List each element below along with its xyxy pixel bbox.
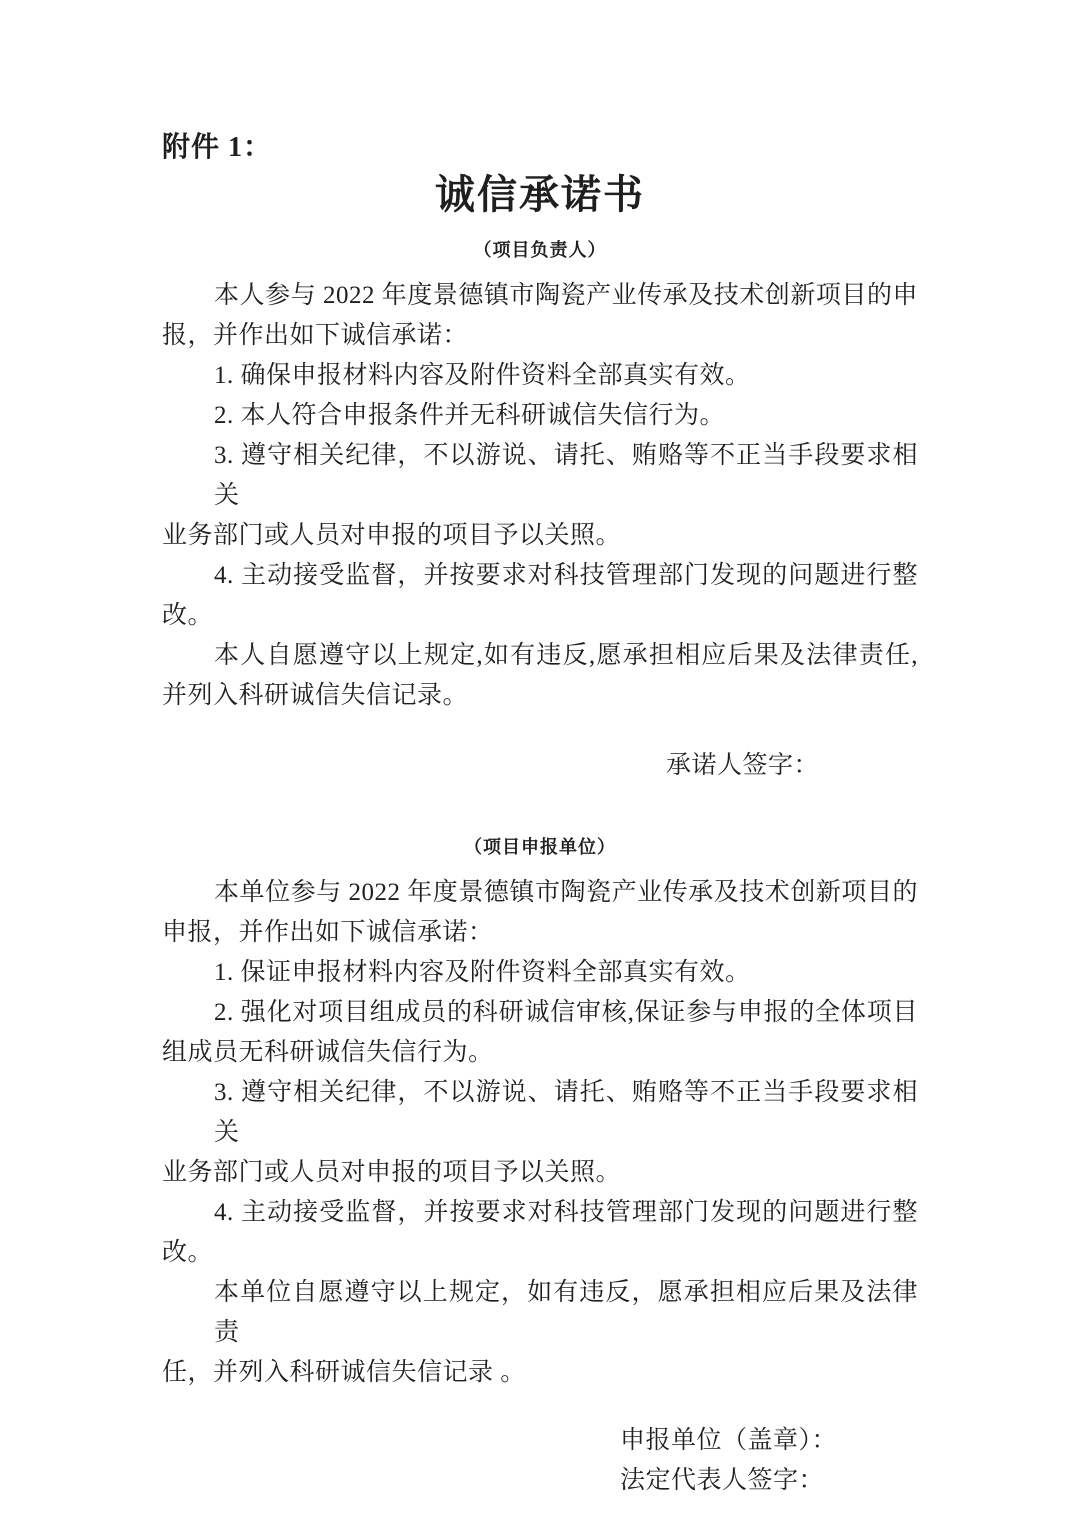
section2-subtitle: （项目申报单位） (162, 835, 918, 859)
document-title: 诚信承诺书 (162, 172, 918, 218)
legal-representative-signature-label: 法定代表人签字： (620, 1461, 918, 1501)
section2-body: 本单位参与 2022 年度景德镇市陶瓷产业传承及技术创新项目的申报，并作出如下诚… (162, 873, 918, 1393)
body-line: 改。 (162, 1233, 918, 1273)
promiser-signature-label: 承诺人签字： (162, 746, 918, 786)
body-line: 并列入科研诚信失信记录。 (162, 676, 918, 716)
body-line: 组成员无科研诚信失信行为。 (162, 1033, 918, 1073)
section1-subtitle: （项目负责人） (162, 238, 918, 262)
body-line: 本单位参与 2022 年度景德镇市陶瓷产业传承及技术创新项目的 (162, 873, 918, 913)
body-line: 4. 主动接受监督，并按要求对科技管理部门发现的问题进行整 (162, 1193, 918, 1233)
body-line: 改。 (162, 596, 918, 636)
document-content: 附件 1： 诚信承诺书 （项目负责人） 本人参与 2022 年度景德镇市陶瓷产业… (0, 0, 1074, 1501)
document-page: 附件 1： 诚信承诺书 （项目负责人） 本人参与 2022 年度景德镇市陶瓷产业… (0, 0, 1074, 1520)
unit-signature-block: 申报单位（盖章）： 法定代表人签字： (162, 1421, 918, 1501)
body-line: 1. 确保申报材料内容及附件资料全部真实有效。 (162, 356, 918, 396)
body-line: 业务部门或人员对申报的项目予以关照。 (162, 1153, 918, 1193)
body-line: 报，并作出如下诚信承诺： (162, 316, 918, 356)
body-line: 本人参与 2022 年度景德镇市陶瓷产业传承及技术创新项目的申 (162, 276, 918, 316)
body-line: 申报，并作出如下诚信承诺： (162, 913, 918, 953)
body-line: 3. 遵守相关纪律，不以游说、请托、贿赂等不正当手段要求相关 (162, 1073, 918, 1153)
body-line: 本单位自愿遵守以上规定，如有违反，愿承担相应后果及法律责 (162, 1273, 918, 1353)
body-line: 业务部门或人员对申报的项目予以关照。 (162, 516, 918, 556)
body-line: 1. 保证申报材料内容及附件资料全部真实有效。 (162, 953, 918, 993)
body-line: 任，并列入科研诚信失信记录 。 (162, 1353, 918, 1393)
attachment-label: 附件 1： (162, 133, 918, 163)
unit-seal-label: 申报单位（盖章）： (620, 1421, 918, 1461)
section1-body: 本人参与 2022 年度景德镇市陶瓷产业传承及技术创新项目的申报，并作出如下诚信… (162, 276, 918, 716)
body-line: 2. 强化对项目组成员的科研诚信审核,保证参与申报的全体项目 (162, 993, 918, 1033)
body-line: 2. 本人符合申报条件并无科研诚信失信行为。 (162, 396, 918, 436)
body-line: 本人自愿遵守以上规定,如有违反,愿承担相应后果及法律责任, (162, 636, 918, 676)
body-line: 4. 主动接受监督，并按要求对科技管理部门发现的问题进行整 (162, 556, 918, 596)
body-line: 3. 遵守相关纪律，不以游说、请托、贿赂等不正当手段要求相关 (162, 436, 918, 516)
